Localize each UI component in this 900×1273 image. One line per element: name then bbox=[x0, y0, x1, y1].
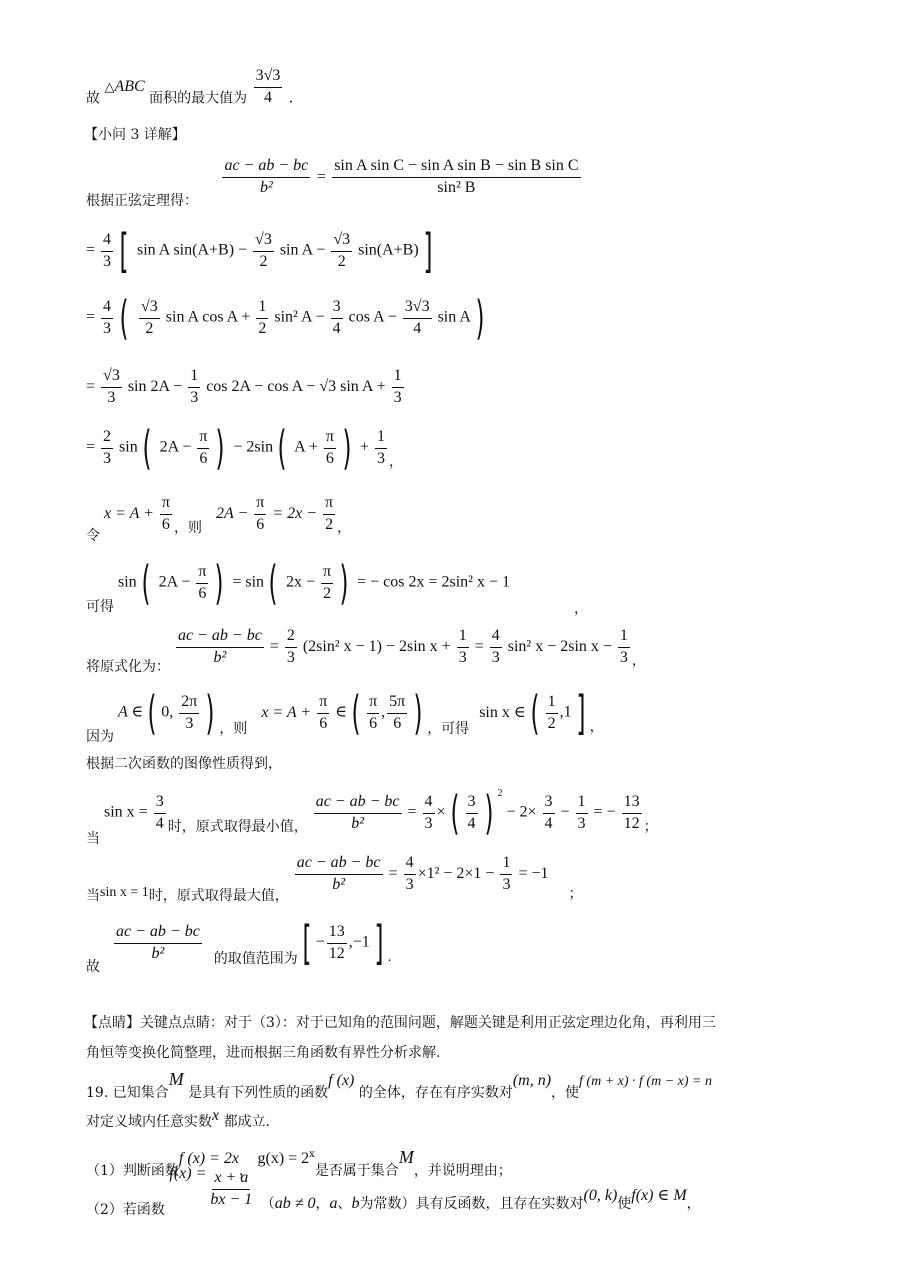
text: 2A − bbox=[159, 574, 191, 591]
fraction: 34 bbox=[543, 794, 555, 833]
fraction: 13 bbox=[392, 368, 404, 407]
denominator: 2 bbox=[323, 515, 335, 534]
math-var: b bbox=[352, 1195, 360, 1212]
denominator: 3 bbox=[392, 388, 404, 407]
fraction: x + abx − 1 bbox=[208, 1170, 254, 1209]
denominator: 12 bbox=[622, 814, 642, 833]
text: 因为 bbox=[86, 730, 114, 745]
paren: ( bbox=[530, 690, 539, 736]
numerator: √3 bbox=[331, 232, 352, 252]
fraction: 3√34 bbox=[254, 68, 283, 107]
numerator: 1 bbox=[392, 368, 404, 388]
text: ， bbox=[389, 455, 403, 470]
text: = bbox=[86, 242, 95, 259]
numerator: 4 bbox=[423, 794, 435, 814]
math-expr: f (m + x) · f (m − x) = n bbox=[579, 1074, 712, 1089]
numerator: 3 bbox=[154, 794, 166, 814]
denominator: 2 bbox=[321, 584, 333, 603]
text: sin A bbox=[438, 309, 471, 326]
substitution-line: 令 x = A + π6，则 2A − π6 = 2x − π2， bbox=[86, 495, 351, 534]
step-1: = 43[ sin A sin(A+B) − √32 sin A − √32 s… bbox=[86, 228, 437, 274]
numerator: 13 bbox=[327, 924, 347, 944]
text: 、 bbox=[338, 1196, 352, 1212]
text: ， bbox=[590, 720, 604, 735]
math-expr: (0, k) bbox=[584, 1187, 618, 1204]
math-expr: ab ≠ 0 bbox=[275, 1195, 316, 1212]
text: 故 bbox=[86, 91, 100, 107]
fraction: π6 bbox=[324, 429, 336, 468]
denominator: 2 bbox=[256, 319, 268, 338]
numerator: π bbox=[254, 495, 266, 515]
math-var: M bbox=[169, 1069, 184, 1089]
fraction: π6 bbox=[254, 495, 266, 534]
fraction: sin A sin C − sin A sin B − sin B sin Cs… bbox=[332, 158, 580, 197]
fraction: 1312 bbox=[622, 794, 642, 833]
numerator: π bbox=[196, 564, 208, 584]
denominator: b² bbox=[150, 944, 167, 963]
tip-paragraph-line1: 【点睛】关键点点睛：对于（3）：对于已知角的范围问题，解题关键是利用正弦定理边化… bbox=[84, 1016, 716, 1030]
text: 对定义域内任意实数 bbox=[86, 1114, 212, 1130]
text: − 2× bbox=[506, 804, 536, 821]
denominator: 3 bbox=[457, 648, 469, 667]
text: A + bbox=[294, 439, 318, 456]
fraction: 43 bbox=[101, 232, 113, 271]
numerator: 13 bbox=[622, 794, 642, 814]
step-2: = 43( √32 sin A cos A + 12 sin² A − 34 c… bbox=[86, 295, 489, 341]
denominator: bx − 1 bbox=[208, 1190, 254, 1209]
paren: ( bbox=[148, 690, 157, 736]
fraction: 5π6 bbox=[387, 694, 407, 733]
denominator: 12 bbox=[327, 944, 347, 963]
text: 2A − bbox=[160, 439, 192, 456]
denominator: 3 bbox=[423, 814, 435, 833]
denominator: 6 bbox=[324, 449, 336, 468]
denominator: 3 bbox=[101, 252, 113, 271]
paren: ( bbox=[450, 790, 459, 836]
fraction: 34 bbox=[466, 794, 478, 833]
numerator: 1 bbox=[618, 628, 630, 648]
sub-question-2: （2）若函数 f(x) =x + abx − 1 （ab ≠ 0，a、b为常数）… bbox=[86, 1170, 701, 1209]
quadratic-text: 根据二次函数的图像性质得到， bbox=[86, 757, 282, 771]
paren: ) bbox=[484, 790, 493, 836]
fraction: π2 bbox=[323, 495, 335, 534]
math-expr: f(x) ∈ M bbox=[631, 1187, 686, 1204]
text: x = A + bbox=[261, 704, 311, 721]
paren: ( bbox=[278, 425, 287, 471]
denominator: 4 bbox=[154, 814, 166, 833]
fraction: 12 bbox=[256, 299, 268, 338]
text: 的全体，存在有序实数对 bbox=[359, 1085, 513, 1101]
text: 使 bbox=[617, 1196, 631, 1212]
text: ， bbox=[337, 521, 351, 536]
text: （ bbox=[261, 1196, 275, 1212]
fraction: 1312 bbox=[327, 924, 347, 963]
text: 为常数）具有反函数，且存在实数对 bbox=[360, 1196, 584, 1212]
step-4: = 23 sin( 2A − π6) − 2sin( A + π6) + 13， bbox=[86, 425, 403, 471]
numerator: π bbox=[367, 694, 379, 714]
bracket: ] bbox=[423, 228, 432, 274]
fraction: π6 bbox=[317, 694, 329, 733]
text: sin x ∈ bbox=[479, 704, 526, 721]
numerator: π bbox=[324, 429, 336, 449]
text: − bbox=[316, 934, 325, 951]
conclusion-line: 故 ac − ab − bcb² 的取值范围为[−1312,−1]. bbox=[86, 920, 391, 966]
text: ∈ bbox=[335, 704, 347, 721]
text: sin x = bbox=[104, 804, 148, 821]
text: 当 bbox=[86, 832, 100, 847]
numerator: 3√3 bbox=[403, 299, 432, 319]
text: ， bbox=[316, 1196, 330, 1212]
denominator: 3 bbox=[101, 319, 113, 338]
identity-line: 可得 sin( 2A − π6) = sin( 2x − π2) = − cos… bbox=[86, 560, 588, 606]
text: sin 2A − bbox=[128, 378, 182, 395]
text: = bbox=[86, 378, 95, 395]
fraction: π6 bbox=[196, 564, 208, 603]
tip-paragraph-line2: 角恒等变换化简整理，进而根据三角函数有界性分析求解. bbox=[86, 1046, 440, 1060]
text: ； bbox=[644, 820, 658, 835]
denominator: b² bbox=[258, 178, 275, 197]
text: = 2x − bbox=[272, 505, 317, 522]
fraction: 13 bbox=[457, 628, 469, 667]
text: − 2sin bbox=[233, 439, 273, 456]
text: 令 bbox=[86, 529, 100, 544]
numerator: sin A sin C − sin A sin B − sin B sin C bbox=[332, 158, 580, 178]
range-line: 因为 A ∈(0, 2π3)，则 x = A + π6 ∈(π6,5π6)，可得… bbox=[86, 690, 604, 736]
text: − bbox=[561, 804, 570, 821]
text: ×1² − 2×1 − bbox=[418, 865, 495, 882]
text: = bbox=[270, 638, 279, 655]
bracket: [ bbox=[302, 920, 311, 966]
numerator: √3 bbox=[101, 368, 122, 388]
denominator: 6 bbox=[317, 714, 329, 733]
text: 是具有下列性质的函数 bbox=[188, 1085, 328, 1101]
text: sin bbox=[119, 439, 138, 456]
numerator: 4 bbox=[404, 855, 416, 875]
problem-19-line1: 19. 已知集合M 是具有下列性质的函数f (x) 的全体，存在有序实数对(m,… bbox=[86, 1082, 712, 1101]
text: cos A − bbox=[349, 309, 397, 326]
math-expr: (m, n) bbox=[513, 1072, 551, 1089]
math-var: x bbox=[212, 1107, 219, 1124]
numerator: 1 bbox=[256, 299, 268, 319]
fraction: 43 bbox=[490, 628, 502, 667]
bracket: ] bbox=[576, 690, 585, 736]
denominator: 2 bbox=[336, 252, 348, 271]
text: ， bbox=[574, 602, 588, 617]
numerator: 3 bbox=[543, 794, 555, 814]
text: sin A − bbox=[280, 242, 325, 259]
denominator: b² bbox=[349, 814, 366, 833]
fraction: 13 bbox=[188, 368, 200, 407]
denominator: 3 bbox=[490, 648, 502, 667]
text: A ∈ bbox=[118, 704, 143, 721]
text: sin x = 1 bbox=[100, 885, 149, 900]
fraction: 13 bbox=[375, 429, 387, 468]
denominator: b² bbox=[212, 648, 229, 667]
numerator: 3 bbox=[331, 299, 343, 319]
text: = bbox=[408, 804, 417, 821]
paren: ( bbox=[352, 690, 361, 736]
denominator: 3 bbox=[183, 714, 195, 733]
denominator: 4 bbox=[543, 814, 555, 833]
denominator: 6 bbox=[160, 515, 172, 534]
text: . bbox=[289, 90, 293, 107]
math-expr: g(x) = 2 bbox=[257, 1150, 309, 1167]
text: sin bbox=[118, 574, 137, 591]
fraction: 13 bbox=[618, 628, 630, 667]
denominator: 2 bbox=[143, 319, 155, 338]
text: ,1 bbox=[560, 704, 572, 721]
fraction: 34 bbox=[331, 299, 343, 338]
bracket: [ bbox=[120, 228, 129, 274]
numerator: ac − ab − bc bbox=[222, 158, 310, 178]
fraction: √33 bbox=[101, 368, 122, 407]
text: (2sin² x − 1) − 2sin x + bbox=[303, 638, 451, 655]
denominator: 6 bbox=[196, 584, 208, 603]
text: ，则 bbox=[174, 521, 202, 536]
fraction: √32 bbox=[139, 299, 160, 338]
text: = − cos 2x = 2sin² x − 1 bbox=[357, 574, 510, 591]
fraction: 43 bbox=[101, 299, 113, 338]
fraction: 34 bbox=[154, 794, 166, 833]
text: 可得 bbox=[86, 600, 114, 615]
denominator: 3 bbox=[105, 388, 117, 407]
numerator: π bbox=[323, 495, 335, 515]
text: sin² x − 2sin x − bbox=[508, 638, 612, 655]
rewrite-line: 将原式化为： ac − ab − bcb² = 23 (2sin² x − 1)… bbox=[86, 628, 646, 667]
numerator: ac − ab − bc bbox=[314, 794, 402, 814]
denominator: 4 bbox=[262, 88, 274, 107]
numerator: 1 bbox=[546, 694, 558, 714]
paren: ( bbox=[141, 560, 150, 606]
paren: ) bbox=[342, 425, 351, 471]
paren: ) bbox=[340, 560, 349, 606]
numerator: 2 bbox=[101, 429, 113, 449]
text: 时，原式取得最小值， bbox=[168, 820, 308, 835]
fraction: π6 bbox=[160, 495, 172, 534]
fraction: 12 bbox=[546, 694, 558, 733]
text: + bbox=[360, 439, 369, 456]
denominator: 6 bbox=[254, 515, 266, 534]
denominator: 4 bbox=[411, 319, 423, 338]
text: × bbox=[437, 804, 446, 821]
denominator: sin² B bbox=[435, 178, 477, 197]
paren: ( bbox=[269, 560, 278, 606]
text: 都成立. bbox=[224, 1114, 270, 1130]
fraction: ac − ab − bcb² bbox=[114, 924, 202, 963]
text: = sin bbox=[232, 574, 264, 591]
numerator: √3 bbox=[139, 299, 160, 319]
paren: ( bbox=[120, 295, 129, 341]
numerator: ac − ab − bc bbox=[295, 855, 383, 875]
text: ，使 bbox=[551, 1085, 579, 1101]
fraction: ac − ab − bcb² bbox=[314, 794, 402, 833]
math-expr: f (x) bbox=[328, 1072, 354, 1089]
text: ，可得 bbox=[427, 722, 469, 737]
denominator: 3 bbox=[285, 648, 297, 667]
numerator: 2 bbox=[285, 628, 297, 648]
text: 0, bbox=[161, 704, 173, 721]
paren: ) bbox=[414, 690, 423, 736]
denominator: 2 bbox=[546, 714, 558, 733]
sine-law-line: 根据正弦定理得： ac − ab − bcb² = sin A sin C − … bbox=[86, 158, 583, 197]
text: ,−1 bbox=[349, 934, 370, 951]
numerator: ac − ab − bc bbox=[114, 924, 202, 944]
numerator: π bbox=[321, 564, 333, 584]
denominator: 3 bbox=[576, 814, 588, 833]
numerator: π bbox=[160, 495, 172, 515]
text: = bbox=[86, 309, 95, 326]
denominator: 6 bbox=[197, 449, 209, 468]
numerator: 1 bbox=[457, 628, 469, 648]
text: = −1 bbox=[518, 865, 548, 882]
text: 将原式化为： bbox=[86, 660, 170, 675]
fraction: 13 bbox=[500, 855, 512, 894]
fraction: π6 bbox=[367, 694, 379, 733]
bracket: ] bbox=[374, 920, 383, 966]
numerator: 1 bbox=[576, 794, 588, 814]
paren: ( bbox=[142, 425, 151, 471]
math-var: a bbox=[330, 1195, 338, 1212]
numerator: 3√3 bbox=[254, 68, 283, 88]
denominator: 3 bbox=[404, 875, 416, 894]
math-expr: f(x) = bbox=[169, 1165, 206, 1182]
denominator: 3 bbox=[618, 648, 630, 667]
fraction: ac − ab − bcb² bbox=[222, 158, 310, 197]
fraction: 3√34 bbox=[403, 299, 432, 338]
denominator: 3 bbox=[500, 875, 512, 894]
numerator: ac − ab − bc bbox=[176, 628, 264, 648]
triangle-symbol: △ bbox=[104, 79, 114, 94]
numerator: 4 bbox=[101, 232, 113, 252]
step-3: = √33 sin 2A − 13 cos 2A − cos A − √3 si… bbox=[86, 368, 406, 407]
numerator: 4 bbox=[490, 628, 502, 648]
fraction: 13 bbox=[576, 794, 588, 833]
text: x = A + bbox=[104, 505, 154, 522]
fraction: √32 bbox=[253, 232, 274, 271]
text: 时，原式取得最大值， bbox=[149, 889, 289, 904]
text: 19. 已知集合 bbox=[86, 1085, 169, 1101]
denominator: 3 bbox=[188, 388, 200, 407]
paren: ) bbox=[206, 690, 215, 736]
text: ， bbox=[632, 654, 646, 669]
numerator: x + a bbox=[212, 1170, 250, 1190]
text: = bbox=[475, 638, 484, 655]
fraction: π6 bbox=[197, 429, 209, 468]
denominator: 4 bbox=[331, 319, 343, 338]
text: 故 bbox=[86, 960, 100, 975]
denominator: 3 bbox=[101, 449, 113, 468]
section-heading: 【小问 3 详解】 bbox=[84, 128, 186, 142]
denominator: 6 bbox=[367, 714, 379, 733]
min-value-line: 当 sin x = 34时，原式取得最小值， ac − ab − bcb² = … bbox=[86, 790, 658, 836]
fraction: √32 bbox=[331, 232, 352, 271]
fraction: 23 bbox=[101, 429, 113, 468]
text: ； bbox=[569, 887, 583, 902]
exponent: x bbox=[309, 1149, 315, 1160]
max-value-line: 当sin x = 1时，原式取得最大值， ac − ab − bcb² = 43… bbox=[86, 855, 583, 894]
text: = bbox=[86, 439, 95, 456]
math-var: M bbox=[399, 1147, 414, 1167]
denominator: 4 bbox=[466, 814, 478, 833]
paren: ) bbox=[215, 560, 224, 606]
max-area-line: 故 △ABC 面积的最大值为 3√34 . bbox=[86, 68, 293, 107]
paren: ) bbox=[475, 295, 484, 341]
text: . bbox=[388, 950, 392, 965]
numerator: 1 bbox=[500, 855, 512, 875]
numerator: 5π bbox=[387, 694, 407, 714]
text: = bbox=[389, 865, 398, 882]
problem-19-line2: 对定义域内任意实数x 都成立. bbox=[86, 1114, 270, 1130]
fraction: ac − ab − bcb² bbox=[295, 855, 383, 894]
fraction: 23 bbox=[285, 628, 297, 667]
numerator: 1 bbox=[375, 429, 387, 449]
fraction: 2π3 bbox=[179, 694, 199, 733]
text: sin² A − bbox=[274, 309, 324, 326]
text: （2）若函数 bbox=[86, 1202, 165, 1218]
text: 面积的最大值为 bbox=[149, 91, 247, 107]
text: 的取值范围为 bbox=[214, 952, 298, 967]
denominator: 3 bbox=[375, 449, 387, 468]
numerator: √3 bbox=[253, 232, 274, 252]
fraction: 43 bbox=[423, 794, 435, 833]
numerator: 1 bbox=[188, 368, 200, 388]
denominator: 6 bbox=[391, 714, 403, 733]
denominator: 2 bbox=[257, 252, 269, 271]
text: ，则 bbox=[219, 722, 247, 737]
numerator: 2π bbox=[179, 694, 199, 714]
text: sin A cos A + bbox=[166, 309, 251, 326]
text: 2A − bbox=[216, 505, 248, 522]
paren: ) bbox=[216, 425, 225, 471]
math-var: ABC bbox=[114, 78, 144, 95]
text: ， bbox=[687, 1196, 701, 1212]
text: 2x − bbox=[286, 574, 315, 591]
text: 根据正弦定理得： bbox=[86, 193, 198, 209]
text: 当 bbox=[86, 889, 100, 904]
numerator: 4 bbox=[101, 299, 113, 319]
text: sin A sin(A+B) − bbox=[137, 242, 247, 259]
text: cos 2A − cos A − √3 sin A + bbox=[206, 378, 385, 395]
numerator: π bbox=[317, 694, 329, 714]
fraction: π2 bbox=[321, 564, 333, 603]
fraction: ac − ab − bcb² bbox=[176, 628, 264, 667]
text: = bbox=[317, 168, 326, 185]
text: = − bbox=[594, 804, 616, 821]
numerator: 3 bbox=[466, 794, 478, 814]
text: sin(A+B) bbox=[358, 242, 419, 259]
denominator: b² bbox=[330, 875, 347, 894]
fraction: 43 bbox=[404, 855, 416, 894]
numerator: π bbox=[197, 429, 209, 449]
